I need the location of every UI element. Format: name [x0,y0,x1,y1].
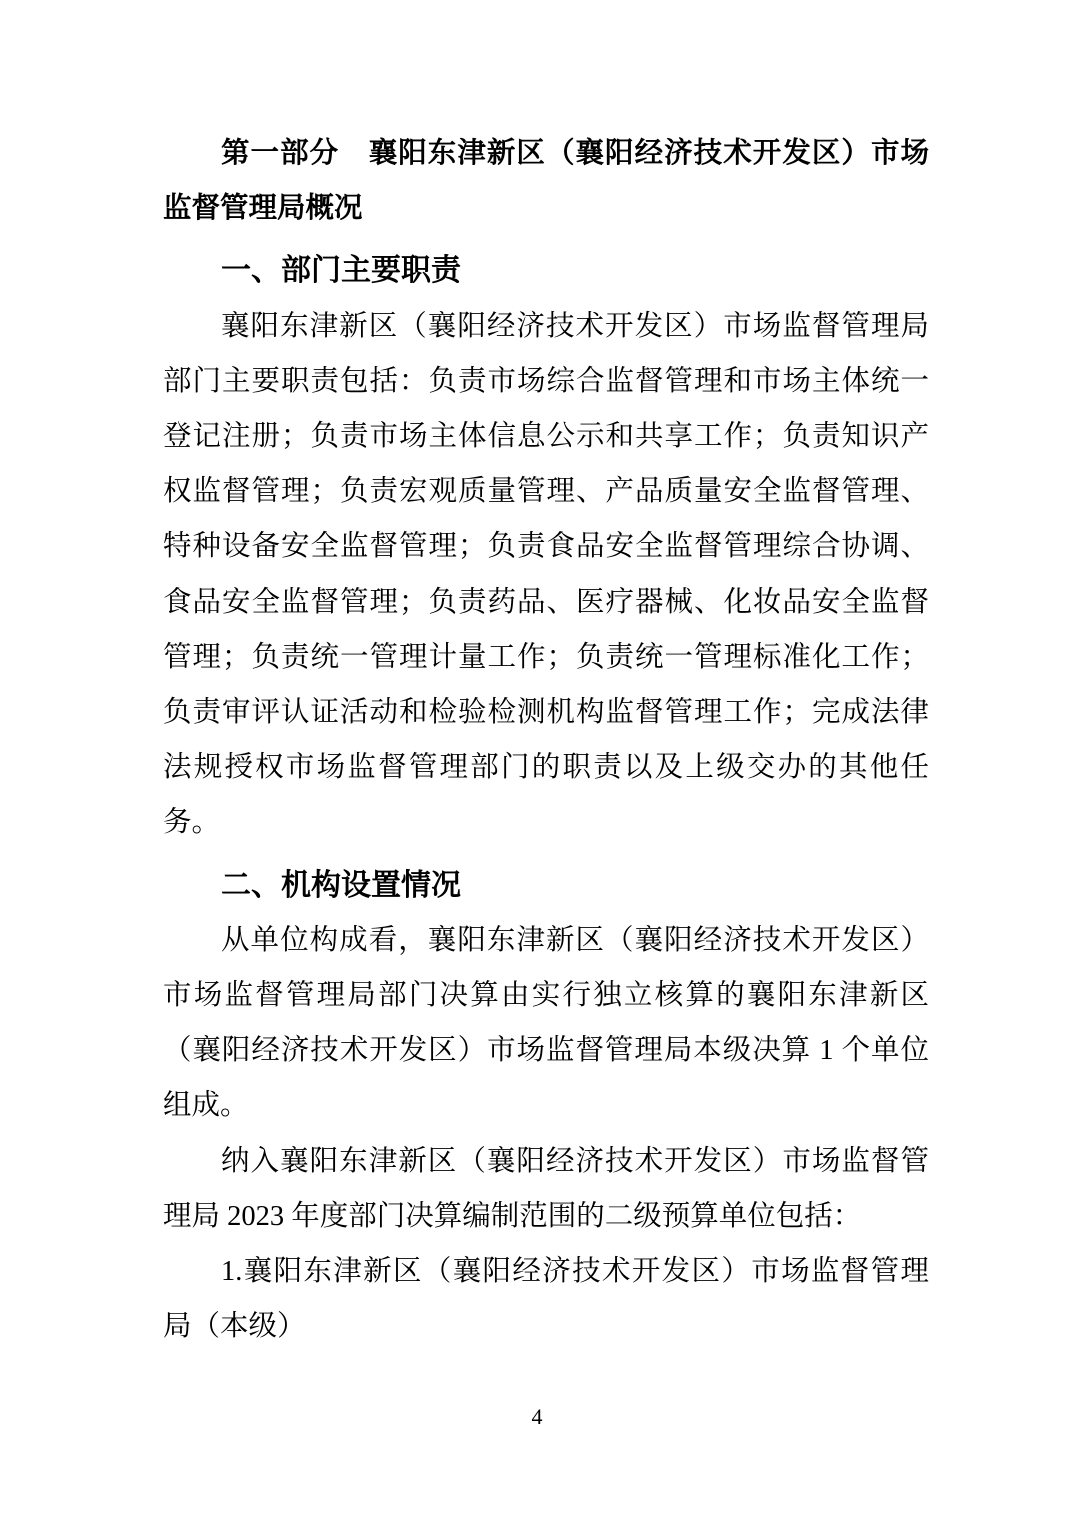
text-line: 一、部门主要职责 [163,243,929,298]
budget-unit-1-paragraph: 1.襄阳东津新区（襄阳经济技术开发区）市场监督管理局（本级） [163,1244,929,1354]
text-line: 法规授权市场监督管理部门的职责以及上级交办的其他任 [163,740,929,795]
text-line: 特种设备安全监督管理；负责食品安全监督管理综合协调、 [163,519,929,574]
text-line: 部门主要职责包括：负责市场综合监督管理和市场主体统一 [163,354,929,409]
duties-paragraph: 襄阳东津新区（襄阳经济技术开发区）市场监督管理局部门主要职责包括：负责市场综合监… [163,299,929,851]
text-line: 理局 2023 年度部门决算编制范围的二级预算单位包括： [163,1189,929,1244]
text-line: 纳入襄阳东津新区（襄阳经济技术开发区）市场监督管 [163,1134,929,1189]
text-line: 襄阳东津新区（襄阳经济技术开发区）市场监督管理局 [163,299,929,354]
text-line: 务。 [163,795,929,850]
section-1-heading: 一、部门主要职责 [163,243,929,298]
text-line: 局（本级） [163,1299,929,1354]
text-line: 负责审评认证活动和检验检测机构监督管理工作；完成法律 [163,685,929,740]
text-line: 登记注册；负责市场主体信息公示和共享工作；负责知识产 [163,409,929,464]
section-2-heading: 二、机构设置情况 [163,858,929,913]
text-line: 从单位构成看，襄阳东津新区（襄阳经济技术开发区） [163,913,929,968]
text-line: （襄阳经济技术开发区）市场监督管理局本级决算 1 个单位 [163,1023,929,1078]
document-body: 第一部分 襄阳东津新区（襄阳经济技术开发区）市场监督管理局概况一、部门主要职责襄… [163,126,929,1354]
budget-units-intro-paragraph: 纳入襄阳东津新区（襄阳经济技术开发区）市场监督管理局 2023 年度部门决算编制… [163,1134,929,1244]
text-line: 二、机构设置情况 [163,858,929,913]
text-line: 监督管理局概况 [163,181,929,236]
text-line: 权监督管理；负责宏观质量管理、产品质量安全监督管理、 [163,464,929,519]
text-line: 组成。 [163,1078,929,1133]
text-line: 管理；负责统一管理计量工作；负责统一管理标准化工作； [163,630,929,685]
text-line: 食品安全监督管理；负责药品、医疗器械、化妆品安全监督 [163,575,929,630]
text-line: 1.襄阳东津新区（襄阳经济技术开发区）市场监督管理 [163,1244,929,1299]
part1-title: 第一部分 襄阳东津新区（襄阳经济技术开发区）市场监督管理局概况 [163,126,929,236]
text-line: 第一部分 襄阳东津新区（襄阳经济技术开发区）市场 [163,126,929,181]
unit-composition-paragraph: 从单位构成看，襄阳东津新区（襄阳经济技术开发区）市场监督管理局部门决算由实行独立… [163,913,929,1134]
text-line: 市场监督管理局部门决算由实行独立核算的襄阳东津新区 [163,968,929,1023]
page-number: 4 [0,1402,1074,1432]
document-page: 第一部分 襄阳东津新区（襄阳经济技术开发区）市场监督管理局概况一、部门主要职责襄… [0,0,1074,1520]
